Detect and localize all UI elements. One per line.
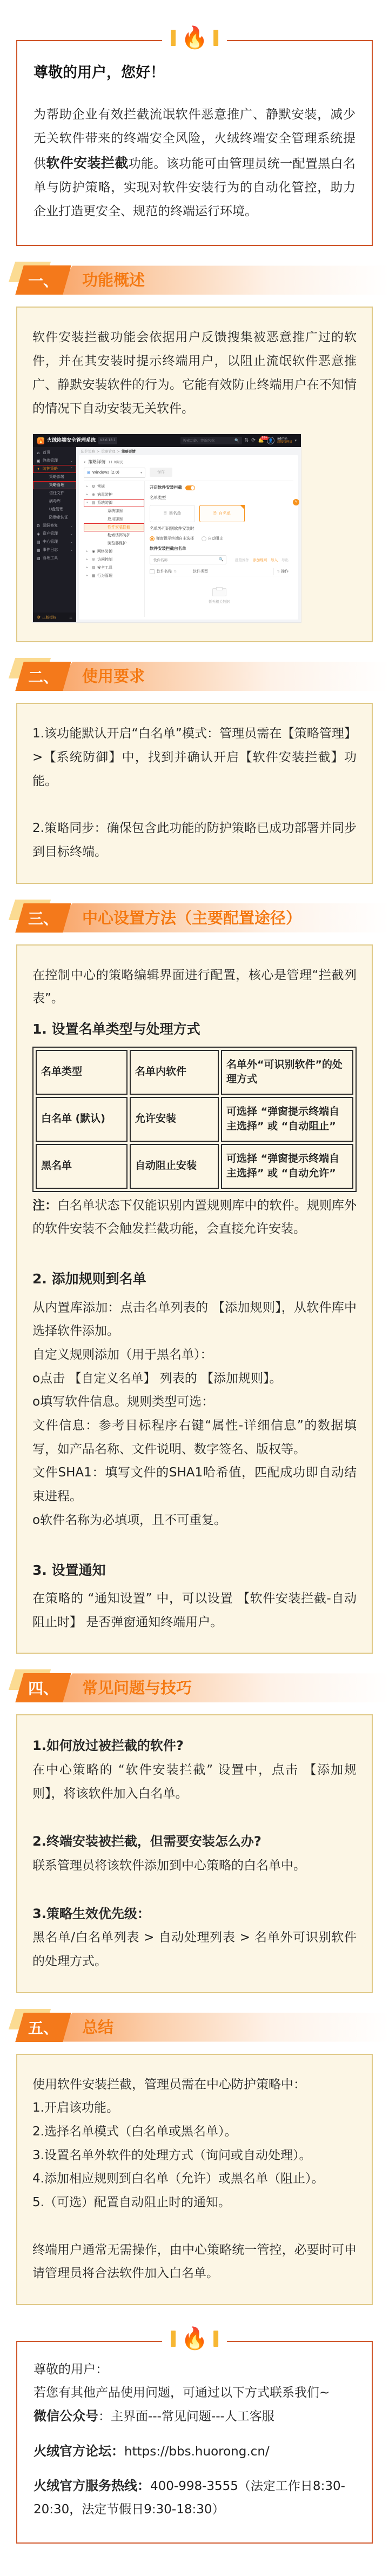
whitelist-note: 注：白名单状态下仅能识别内置规则库中的软件。规则库外的软件安装不会触发拦截功能，… [32, 1194, 357, 1241]
tree-item-icon: ▧ [91, 564, 96, 571]
table-row: 白名单 (默认) 允许安装 可选择 “弹窗提示终端自主选择” 或 “自动阻止” [36, 1097, 353, 1142]
sidebar-item[interactable]: ▤ 中心管理 ⌄ [33, 538, 76, 546]
sidebar-item[interactable]: ◈ 资产管理 ⌄ [33, 530, 76, 538]
tree-arrow-icon: ▸ [86, 565, 90, 570]
sync-icon[interactable]: ⇅ [245, 438, 249, 443]
section-3-number-badge: 三、 [15, 903, 71, 933]
tree-item-label: 应用加固 [108, 516, 123, 523]
tree-item-icon: ▦ [91, 573, 96, 580]
add-rule-link[interactable]: 添加规则 [253, 557, 267, 563]
radio-block-label: 自动阻止 [208, 535, 223, 542]
hotline-label: 火绒官方服务热线： [33, 2478, 150, 2493]
outside-list-label: 名单外可识别软件安装时 [150, 525, 289, 532]
sidebar-item[interactable]: ⌂ 首页 [33, 449, 76, 457]
sort-icon[interactable]: ⇅ [174, 569, 177, 575]
console-global-search[interactable]: 搜索功能、终端名称 🔍 [180, 437, 242, 444]
policy-panel: ▸ ⚙ 常规 ▸ ⊕ 病毒防护 [84, 481, 293, 617]
spacer [32, 793, 357, 817]
console-search-placeholder: 搜索功能、终端名称 [183, 437, 215, 444]
sidebar-item-label: 事件日志 [43, 547, 58, 554]
faq-answer-1: 在中心策略的 “软件安装拦截” 设置中，点击 【添加规则】，将该软件加入白名单。 [32, 1759, 357, 1806]
save-button[interactable]: 保存 [150, 468, 172, 477]
summary-step: 3.设置名单外软件的处理方式（询问或自动处理）。 [32, 2144, 357, 2168]
sidebar-item[interactable]: 信任文件 [33, 489, 76, 497]
spacer [32, 1533, 357, 1543]
tree-item-label: 勒索诱饵防护 [108, 532, 130, 539]
section-5-number: 五、 [28, 2016, 58, 2038]
table-row: 黑名单 自动阻止安装 可选择 “弹窗提示终端自主选择” 或 “自动允许” [36, 1144, 353, 1189]
search-icon: 🔍 [219, 556, 224, 563]
forum-link[interactable]: https://bbs.huorong.cn/ [124, 2445, 270, 2459]
tree-item-icon: ⊕ [91, 491, 96, 498]
tree-item-label: 访问控制 [97, 556, 112, 563]
sidebar-item-label: 终端管理 [43, 457, 58, 464]
table-cell: 自动阻止安装 [130, 1144, 219, 1189]
section-3-number: 三、 [28, 907, 58, 929]
section-1-card: 软件安装拦截功能会依据用户反馈搜集被恶意推广过的软件，并在其安装时提示终端用户，… [16, 307, 373, 642]
sidebar-item-icon: ▤ [36, 538, 41, 546]
section-1-header: 一、 功能概述 [0, 265, 389, 295]
footer-hotline: 火绒官方服务热线：400-998-3555（法定工作日8:30-20:30，法定… [33, 2474, 356, 2521]
sidebar-item[interactable]: 策略管理 [33, 481, 76, 489]
breadcrumb-item[interactable]: 防护策略 [81, 448, 95, 455]
note-text: 白名单状态下仅能识别内置规则库中的软件。规则库外的软件安装不会触发拦截功能，会直… [32, 1199, 357, 1236]
tree-item[interactable]: ▸ ▦ 行为管理 [84, 572, 144, 580]
flame-icon: 🔥 [181, 27, 208, 49]
spacer [32, 1241, 357, 1252]
console-app-title: 火绒终端安全管理系统 [47, 436, 96, 445]
sidebar-item[interactable]: ✦ 防护策略 ⌃ [33, 465, 76, 473]
faq-answer-2: 联系管理员将该软件添加到中心策略的白名单中。 [32, 1854, 357, 1878]
empty-inbox-icon [212, 588, 226, 596]
console-main: 防护策略 > 策略管理 > 策略详情 ‹ 策略详情 11.0调试 ⊞ [76, 447, 301, 622]
tree-item[interactable]: 勒索诱饵防护 [84, 531, 144, 540]
intercept-settings: 开启软件安装拦截 名单类型 🗎 黑名单 🗎 [145, 481, 293, 617]
section-2-number: 二、 [28, 665, 58, 687]
tree-item[interactable]: ▸ ⊕ 病毒防护 [84, 491, 144, 499]
spacer [32, 1806, 357, 1829]
sidebar-item-label: 资产管理 [43, 530, 58, 537]
list-type-tabs: 🗎 黑名单 🗎 白名单 [150, 505, 289, 522]
wechat-value: ：主界面---常见问题---人工客服 [98, 2409, 274, 2424]
spacer [32, 1878, 357, 1902]
batch-action-link[interactable]: 批量操作 [235, 557, 249, 563]
summary-steps: 1.开启该功能。 2.选择名单模式（白名单或黑名单）。 3.设置名单外软件的处理… [32, 2096, 357, 2214]
sidebar-item-label: 防勒索认证 [49, 514, 68, 521]
footer-wechat: 微信公众号：主界面---常见问题---人工客服 [33, 2404, 356, 2428]
tree-item-icon: ◉ [91, 548, 96, 555]
handling-radios: 弹窗提示终端自主选择 自动阻止 [150, 535, 289, 542]
intercept-toggle[interactable] [185, 485, 195, 490]
breadcrumb-separator: > [97, 448, 99, 455]
section-4-title: 常见问题与技巧 [82, 1673, 192, 1702]
table-cell: 白名单 (默认) [36, 1097, 128, 1142]
table-cell: 可选择 “弹窗提示终端自主选择” 或 “自动允许” [221, 1144, 353, 1189]
import-link[interactable]: 导入 [271, 557, 278, 563]
sidebar-item-icon: ⚙ [36, 522, 41, 530]
sidebar-item-label: 首页 [43, 449, 50, 456]
section-1-number-badge: 一、 [15, 265, 71, 295]
column-software-name: 软件名称 [157, 568, 172, 575]
windows-icon: ⊞ [87, 469, 90, 476]
table-header-cell: 名单内软件 [130, 1050, 219, 1095]
sidebar-item-label: 策略部署 [49, 474, 64, 481]
section-2-title: 使用要求 [82, 662, 145, 691]
requirement-1: 1.该功能默认开启“白名单”模式：管理员需在【策略管理】>【系统防御】中，找到并… [32, 722, 357, 793]
subheading-notification: 3. 设置通知 [32, 1557, 357, 1583]
section-4-number: 四、 [28, 1677, 58, 1699]
tree-arrow-icon: ▸ [86, 484, 90, 489]
subheading-add-rules: 2. 添加规则到名单 [32, 1266, 357, 1292]
os-select-value: Windows (2.0) [92, 469, 119, 476]
tree-item-label: 行为管理 [97, 573, 112, 580]
toggle-label: 开启软件安装拦截 [150, 484, 182, 491]
footer-card: 🔥 尊敬的用户： 若您有其他产品使用问题，可通过以下方式联系我们~ 微信公众号：… [16, 2341, 373, 2544]
select-all-checkbox[interactable] [150, 569, 155, 574]
shield-icon: 🛡 [36, 614, 41, 621]
tree-item[interactable]: ▸ ⊘ 访问控制 [84, 556, 144, 564]
console-body: ⌂ 首页 ▣ 终端管理 ⌄ ✦ 防护策略 ⌃ [33, 447, 301, 622]
user-info: admin 超级管理员 [277, 437, 292, 444]
sidebar-item[interactable]: U盘管理 [33, 505, 76, 514]
sidebar-item-icon: ◈ [36, 530, 41, 538]
tree-arrow-icon: ▸ [86, 492, 90, 497]
sidebar-item-icon: ✦ [36, 465, 41, 473]
radio-popup-choice[interactable]: 弹窗提示终端自主选择 [150, 535, 194, 542]
radio-popup-label: 弹窗提示终端自主选择 [156, 535, 194, 542]
chevron-icon: ⌄ [70, 547, 73, 553]
software-search-input[interactable] [152, 557, 219, 563]
policy-tree: ▸ ⚙ 常规 ▸ ⊕ 病毒防护 [84, 481, 145, 617]
console-sidebar: ⌂ 首页 ▣ 终端管理 ⌄ ✦ 防护策略 ⌃ [33, 447, 76, 622]
document-icon: 🗎 [164, 510, 167, 517]
radio-auto-block[interactable]: 自动阻止 [202, 535, 223, 542]
flame-icon: 🔥 [181, 2328, 208, 2349]
section-2-header: 二、 使用要求 [0, 662, 389, 691]
wechat-label: 微信公众号 [33, 2408, 98, 2424]
sidebar-item-label: 策略管理 [49, 482, 64, 489]
spacer [33, 2428, 356, 2439]
sidebar-item-icon: ▧ [36, 555, 41, 562]
table-header-cell: 名单类型 [36, 1050, 128, 1095]
intro-paragraph: 为帮助企业有效拦截流氓软件恶意推广、静默安装，减少无关软件带来的终端安全风险，火… [33, 103, 356, 223]
sidebar-item-label: 信任文件 [49, 490, 64, 497]
tab-whitelist[interactable]: 🗎 白名单 [199, 505, 245, 522]
note-label: 注： [32, 1199, 57, 1213]
section-5-header: 五、 总结 [0, 2013, 389, 2042]
rule-name-required: o软件名称为必填项，且不可重复。 [32, 1509, 357, 1533]
user-role: 超级管理员 [277, 441, 292, 444]
console-screenshot: 🔥 火绒终端安全管理系统 V2.0.18.1 搜索功能、终端名称 🔍 ⇅ ⟳ 🔔… [32, 434, 301, 623]
export-link[interactable]: 导出 [281, 557, 289, 563]
tree-item-icon: ▤ [91, 500, 96, 507]
tree-item-label: 网络防御 [97, 548, 112, 555]
tree-item-label: 系统加固 [108, 508, 123, 515]
section-5-title: 总结 [82, 2013, 113, 2042]
tree-arrow-icon: ▸ [86, 549, 90, 554]
console-version-badge: V2.0.18.1 [98, 437, 117, 444]
divider-bar [213, 30, 218, 46]
requirement-2: 2.策略同步：确保包含此功能的防护策略已成功部署并同步到目标终端。 [32, 817, 357, 864]
sort-icon[interactable]: ⇅ [277, 570, 280, 574]
radio-on-icon [150, 536, 155, 541]
tree-arrow-icon: ▸ [86, 573, 90, 578]
tree-item[interactable]: 应用加固 [84, 515, 144, 523]
table-header-cell: 名单外“可识别软件”的处理方式 [221, 1050, 353, 1095]
subheading-list-type: 1. 设置名单类型与处理方式 [32, 1016, 357, 1042]
section-4-card: 1.如何放过被拦截的软件? 在中心策略的 “软件安装拦截” 设置中，点击 【添加… [16, 1714, 373, 1993]
forum-label: 火绒官方论坛： [33, 2444, 124, 2459]
chevron-down-icon[interactable]: ▾ [294, 437, 297, 444]
sidebar-item-label: 病毒库 [49, 498, 61, 505]
summary-step: 1.开启该功能。 [32, 2096, 357, 2120]
tree-item-label: 病毒防护 [97, 491, 112, 498]
collapse-menu-icon[interactable]: ☰ [69, 614, 72, 621]
toggle-row: 开启软件安装拦截 [150, 484, 289, 491]
tree-item[interactable]: ▾ ▤ 系统防御 [84, 499, 144, 507]
breadcrumb: 防护策略 > 策略管理 > 策略详情 [76, 447, 301, 455]
summary-intro: 使用软件安装拦截，管理员需在中心防护策略中： [32, 2073, 357, 2097]
chevron-icon: ⌃ [70, 466, 73, 472]
policy-name-tag: 11.0调试 [108, 459, 123, 465]
empty-state: 暂无相关数据 [150, 579, 289, 614]
tree-item[interactable]: 软件安装拦截 [84, 523, 144, 531]
flame-divider: 🔥 [162, 2328, 227, 2349]
column-operation-label: 操作 [281, 569, 289, 574]
back-icon[interactable]: ‹ [84, 458, 85, 466]
intro-card: 🔥 尊敬的用户，您好！ 为帮助企业有效拦截流氓软件恶意推广、静默安装，减少无关软… [16, 40, 373, 246]
console-topbar: 🔥 火绒终端安全管理系统 V2.0.18.1 搜索功能、终端名称 🔍 ⇅ ⟳ 🔔… [33, 434, 301, 447]
flame-divider: 🔥 [162, 27, 227, 49]
add-rule-custom: 自定义规则添加（用于黑名单）： [32, 1343, 357, 1367]
section-4-header: 四、 常见问题与技巧 [0, 1673, 389, 1702]
list-type-table: 名单类型 名单内软件 名单外“可识别软件”的处理方式 白名单 (默认) 允许安装… [32, 1047, 357, 1192]
tab-whitelist-label: 白名单 [219, 510, 231, 517]
footer-greeting: 尊敬的用户： [33, 2358, 356, 2381]
sidebar-item-label: U盘管理 [49, 506, 63, 513]
breadcrumb-separator: > [117, 448, 119, 455]
tree-item-label: 软件安装拦截 [108, 524, 130, 531]
add-rule-builtin: 从内置库添加：点击名单列表的 【添加规则】，从软件库中选择软件添加。 [32, 1296, 357, 1343]
section-5-card: 使用软件安装拦截，管理员需在中心防护策略中： 1.开启该功能。 2.选择名单模式… [16, 2054, 373, 2306]
software-search[interactable]: 🔍 [150, 555, 226, 564]
console-sheet: ‹ 策略详情 11.0调试 ⊞ Windows (2.0) ▾ 保存 [79, 455, 298, 620]
tree-item-icon: ⚙ [91, 483, 96, 490]
rule-type-sha1: 文件SHA1：填写文件的SHA1哈希值，匹配成功即自动结束进程。 [32, 1461, 357, 1508]
summary-outro: 终端用户通常无需操作，由中心策略统一管控，必要时可申请管理员将合法软件加入白名单… [32, 2239, 357, 2286]
tree-item[interactable]: ▸ ▧ 安全工具 [84, 564, 144, 572]
sidebar-item-label: 防护策略 [43, 465, 58, 472]
faq-answer-3: 黑名单/白名单列表 > 自动处理列表 > 名单外可识别软件的处理方式。 [32, 1926, 357, 1973]
table-row: 名单类型 名单内软件 名单外“可识别软件”的处理方式 [36, 1050, 353, 1095]
divider-bar [213, 2331, 218, 2347]
empty-state-text: 暂无相关数据 [209, 598, 230, 605]
intro-greeting: 尊敬的用户，您好！ [33, 61, 356, 82]
tree-arrow-icon: ▾ [86, 500, 90, 505]
divider-bar [171, 2331, 176, 2347]
rule-type-fileinfo: 文件信息：参考目标程序右键“属性-详细信息”的数据填写，如产品名称、文件说明、数… [32, 1414, 357, 1461]
chevron-icon: ⌄ [70, 458, 73, 464]
notification-badge: 99+ [260, 436, 269, 440]
huorong-logo-icon: 🔥 [37, 437, 44, 444]
column-operation: ⇅ 操作 [273, 568, 289, 575]
whitelist-toolbar: 🔍 批量操作 添加规则 导入 导出 [150, 555, 289, 564]
spacer [33, 2463, 356, 2474]
sidebar-item[interactable]: ▦ 事件日志 ⌄ [33, 546, 76, 554]
bell-icon[interactable]: 🔔99+ [258, 438, 264, 443]
notification-text: 在策略的 “通知设置” 中，可以设置 【软件安装拦截-自动阻止时】 是否弹窗通知… [32, 1587, 357, 1634]
section-1-title: 功能概述 [82, 265, 145, 295]
sidebar-item-label: 管理工具 [43, 555, 58, 562]
toolbar-links: 批量操作 添加规则 导入 导出 [235, 557, 289, 563]
spacer [32, 2215, 357, 2239]
sidebar-item-icon: ▣ [36, 457, 41, 465]
whitelist-title: 软件安装拦截白名单 [150, 545, 289, 553]
section-1-paragraph: 软件安装拦截功能会依据用户反馈搜集被恶意推广过的软件，并在其安装时提示终端用户，… [32, 326, 357, 421]
sidebar-item[interactable]: ⚙ 漏洞修复 ⌄ [33, 522, 76, 530]
table-cell: 允许安装 [130, 1097, 219, 1142]
section-3-header: 三、 中心设置方法（主要配置途径） [0, 903, 389, 933]
chevron-down-icon: ▾ [140, 470, 142, 476]
faq-question-2: 2.终端安装被拦截，但需要安装怎么办? [32, 1829, 357, 1854]
sidebar-item-label: 漏洞修复 [43, 522, 58, 529]
policy-controls: ⊞ Windows (2.0) ▾ 保存 [84, 468, 293, 478]
footer-forum: 火绒官方论坛：https://bbs.huorong.cn/ [33, 2439, 356, 2464]
section-3-title: 中心设置方法（主要配置途径） [82, 903, 301, 933]
sidebar-item[interactable]: 防勒索认证 [33, 514, 76, 522]
breadcrumb-item[interactable]: 策略管理 [101, 448, 115, 455]
tree-arrow-icon: ▸ [86, 557, 90, 562]
section-5-number-badge: 五、 [15, 2013, 71, 2042]
sidebar-footer: 🛡 正版授权 ☰ [33, 613, 76, 622]
sidebar-item[interactable]: ▧ 管理工具 [33, 554, 76, 562]
tree-item-label: 浏览器保护 [108, 540, 126, 547]
policy-detail-title: 策略详情 [88, 458, 105, 466]
footer-contact-intro: 若您有其他产品使用问题，可通过以下方式联系我们~ [33, 2381, 356, 2405]
section-2-number-badge: 二、 [15, 662, 71, 691]
tab-blacklist-label: 黑名单 [169, 510, 182, 517]
chevron-icon: ⌄ [70, 523, 73, 529]
summary-step: 2.选择名单模式（白名单或黑名单）。 [32, 2120, 357, 2144]
section-3-card: 在控制中心的策略编辑界面进行配置，核心是管理“拦截列表”。 1. 设置名单类型与… [16, 944, 373, 1654]
table-cell: 黑名单 [36, 1144, 128, 1189]
list-type-label: 名单类型 [150, 494, 289, 502]
tree-item-label: 常规 [97, 483, 105, 490]
chevron-icon: ⌄ [70, 539, 73, 545]
sidebar-item-icon: ▦ [36, 547, 41, 554]
tree-item[interactable]: ▸ ◉ 网络防御 [84, 548, 144, 556]
section-2-card: 1.该功能默认开启“白名单”模式：管理员需在【策略管理】>【系统防御】中，找到并… [16, 703, 373, 883]
summary-step: 5.（可选）配置自动阻止时的通知。 [32, 2191, 357, 2215]
cloud-icon[interactable]: ⟳ [251, 438, 256, 443]
tab-blacklist[interactable]: 🗎 黑名单 [150, 505, 195, 522]
faq-question-3: 3.策略生效优先级： [32, 1902, 357, 1927]
divider-bar [171, 30, 176, 46]
tree-item-label: 系统防御 [97, 500, 112, 507]
whitelist-table-header: 软件名称 ⇅ 软件类型 ⇅ 操作 [150, 567, 289, 576]
add-rule-step-click: o点击 【自定义名单】 列表的 【添加规则】。 [32, 1367, 357, 1391]
document-icon: 🗎 [213, 510, 217, 517]
os-select[interactable]: ⊞ Windows (2.0) ▾ [84, 468, 145, 478]
sidebar-item[interactable]: 病毒库 [33, 497, 76, 505]
section-4-number-badge: 四、 [15, 1673, 71, 1702]
tree-item[interactable]: 浏览器保护 [84, 540, 144, 548]
intro-bold-feature: 软件安装拦截 [46, 155, 128, 171]
sidebar-item-icon: ⌂ [36, 449, 41, 457]
faq-question-1: 1.如何放过被拦截的软件? [32, 1734, 357, 1759]
sidebar-item[interactable]: 策略部署 [33, 473, 76, 481]
add-rule-step-fill: o填写软件信息。规则类型可选： [32, 1390, 357, 1414]
column-software-type: 软件类型 [193, 568, 208, 575]
sidebar-item[interactable]: ▣ 终端管理 ⌄ [33, 457, 76, 465]
section-1-number: 一、 [28, 269, 58, 291]
sidebar-item-label: 中心管理 [43, 538, 58, 545]
radio-off-icon [202, 536, 206, 541]
breadcrumb-current: 策略详情 [122, 448, 136, 455]
table-cell: 可选择 “弹窗提示终端自主选择” 或 “自动阻止” [221, 1097, 353, 1142]
tree-item[interactable]: 系统加固 [84, 507, 144, 515]
chevron-icon: ⌄ [70, 531, 73, 537]
tree-item-label: 安全工具 [97, 564, 112, 571]
tree-item[interactable]: ▸ ⚙ 常规 [84, 483, 144, 491]
summary-step: 4.添加相应规则到白名单（允许）或黑名单（阻止）。 [32, 2167, 357, 2191]
search-icon: 🔍 [234, 437, 239, 444]
section-3-intro: 在控制中心的策略编辑界面进行配置，核心是管理“拦截列表”。 [32, 964, 357, 1011]
policy-detail-header: ‹ 策略详情 11.0调试 [84, 458, 293, 466]
license-label: 正版授权 [42, 614, 56, 621]
tree-item-icon: ⊘ [91, 556, 96, 563]
